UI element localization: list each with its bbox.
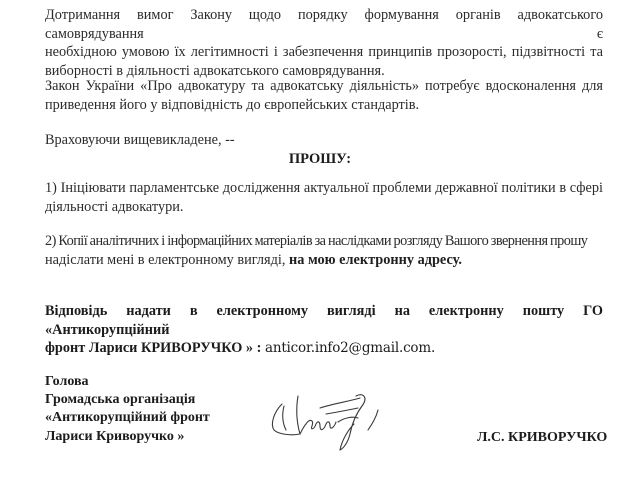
email-link[interactable]: anticor.info2@gmail.com.: [265, 340, 435, 356]
paragraph-law-improvement: Закон України «Про адвокатуру та адвокат…: [45, 77, 603, 114]
paragraph-line: фронт Лариси КРИВОРУЧКО » : anticor.info…: [45, 339, 603, 358]
paragraph-line: приведення його у відповідність до європ…: [45, 96, 603, 115]
request-item-1: 1) Ініціювати парламентське дослідження …: [45, 179, 603, 216]
paragraph-considering: Враховуючи вищевикладене, --: [45, 131, 603, 150]
signatory-title-line: «Антикорупційний фронт: [45, 409, 210, 427]
signatory-name: Л.С. КРИВОРУЧКО: [477, 429, 607, 447]
email-address-emphasis: на мою електронну адресу.: [289, 252, 462, 268]
paragraph-line: надіслати мені в електронному вигляді, н…: [45, 251, 603, 270]
paragraph-line: 1) Ініціювати парламентське дослідження …: [45, 179, 603, 198]
item2-text: надіслати мені в електронному вигляді,: [45, 252, 289, 268]
signatory-title-line: Громадська організація: [45, 391, 210, 409]
paragraph-line: Відповідь надати в електронному вигляді …: [45, 302, 603, 339]
handwritten-signature-icon: [268, 390, 388, 454]
signatory-title-block: Голова Громадська організація «Антикоруп…: [45, 373, 210, 446]
reply-instruction: Відповідь надати в електронному вигляді …: [45, 302, 603, 358]
paragraph-line: діяльності адвокатури.: [45, 198, 603, 217]
paragraph-line: Враховуючи вищевикладене, --: [45, 131, 603, 150]
request-heading: ПРОШУ:: [0, 150, 624, 168]
document-page: Дотримання вимог Закону щодо порядку фор…: [0, 0, 624, 484]
signatory-title-line: Лариси Криворучко »: [45, 428, 210, 446]
organization-name: фронт Лариси КРИВОРУЧКО » :: [45, 340, 265, 356]
paragraph-line: 2) Копії аналітичних і інформаційних мат…: [45, 232, 603, 251]
paragraph-line: Дотримання вимог Закону щодо порядку фор…: [45, 6, 603, 43]
paragraph-line: необхідною умовою їх легітимності і забе…: [45, 43, 603, 62]
request-item-2: 2) Копії аналітичних і інформаційних мат…: [45, 232, 603, 269]
paragraph-line: Закон України «Про адвокатуру та адвокат…: [45, 77, 603, 96]
paragraph-law-compliance: Дотримання вимог Закону щодо порядку фор…: [45, 6, 603, 80]
signatory-title-line: Голова: [45, 373, 210, 391]
